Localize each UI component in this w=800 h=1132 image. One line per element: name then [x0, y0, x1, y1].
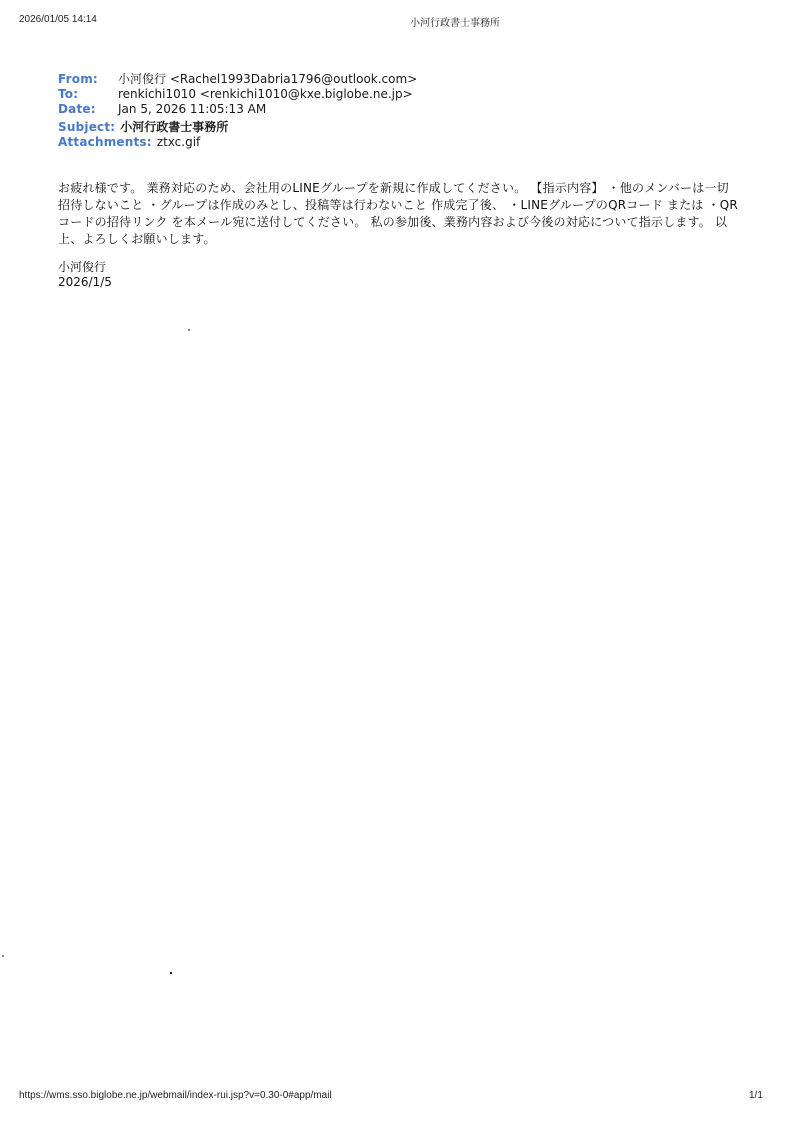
print-url: https://wms.sso.biglobe.ne.jp/webmail/in…	[19, 1090, 332, 1101]
scan-speck	[188, 329, 190, 331]
to-row: To: renkichi1010 <renkichi1010@kxe.biglo…	[58, 87, 417, 102]
to-value: renkichi1010 <renkichi1010@kxe.biglobe.n…	[118, 87, 413, 102]
from-row: From: 小河俊行 <Rachel1993Dabria1796@outlook…	[58, 72, 417, 87]
print-title: 小河行政書士事務所	[410, 14, 500, 29]
signature-date: 2026/1/5	[58, 275, 112, 290]
email-signature: 小河俊行 2026/1/5	[58, 260, 112, 290]
email-body: お疲れ様です。 業務対応のため、会社用のLINEグループを新規に作成してください…	[58, 180, 738, 248]
from-value: 小河俊行 <Rachel1993Dabria1796@outlook.com>	[118, 72, 417, 87]
subject-value: 小河行政書士事務所	[120, 120, 228, 135]
scan-speck	[170, 972, 172, 974]
from-label: From:	[58, 72, 118, 87]
attachment-file: ztxc.gif	[157, 135, 200, 150]
date-row: Date: Jan 5, 2026 11:05:13 AM	[58, 102, 417, 117]
print-header: 2026/01/05 14:14 小河行政書士事務所	[0, 14, 800, 28]
attachments-label: Attachments:	[58, 135, 152, 150]
signature-name: 小河俊行	[58, 260, 112, 275]
email-headers: From: 小河俊行 <Rachel1993Dabria1796@outlook…	[58, 72, 417, 150]
scan-speck	[2, 955, 4, 957]
print-datetime: 2026/01/05 14:14	[19, 14, 97, 25]
subject-row: Subject: 小河行政書士事務所	[58, 120, 417, 135]
page-number: 1/1	[749, 1090, 763, 1101]
subject-label: Subject:	[58, 120, 115, 135]
attachments-row: Attachments: ztxc.gif	[58, 135, 417, 150]
date-label: Date:	[58, 102, 118, 117]
date-value: Jan 5, 2026 11:05:13 AM	[118, 102, 266, 117]
to-label: To:	[58, 87, 118, 102]
